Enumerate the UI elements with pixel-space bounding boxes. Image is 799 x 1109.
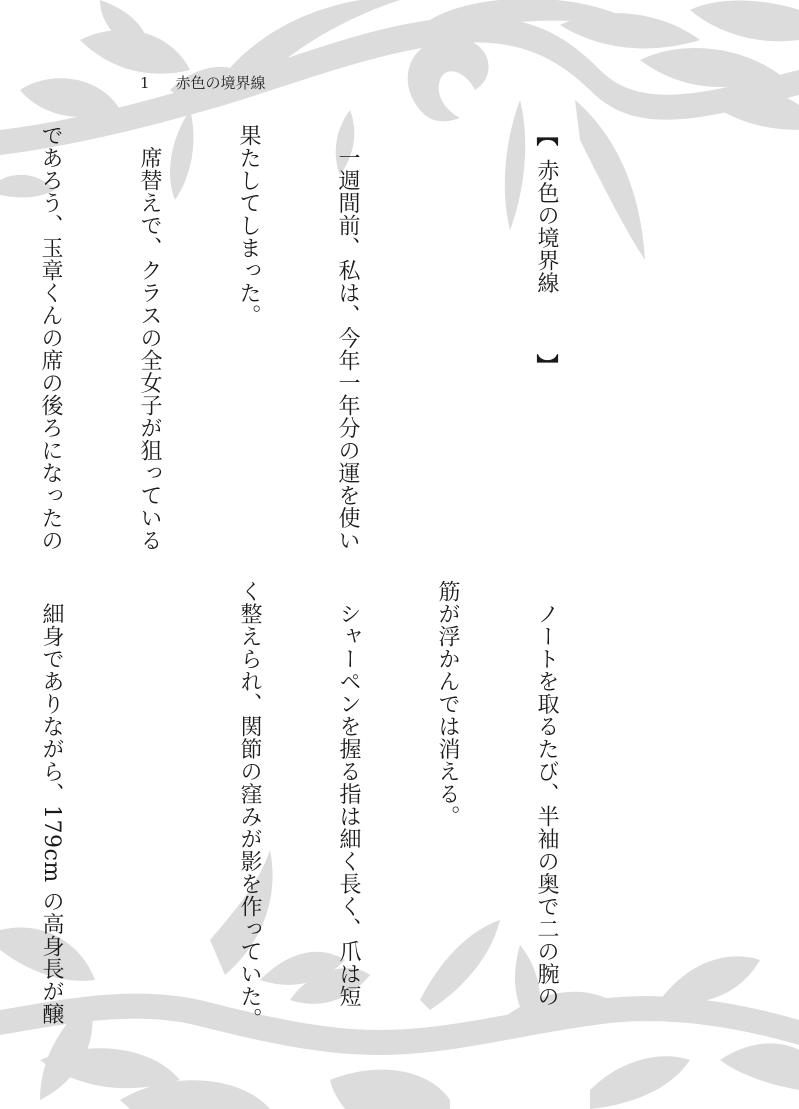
text-line: 席替えで、クラスの全女子が狙っている: [133, 124, 166, 564]
close-bracket: 】: [529, 354, 562, 377]
text-line: 一週間前、私は、今年一年分の運を使い: [331, 124, 364, 564]
text-line: ノートを取るたび、半袖の奥で二の腕の: [530, 580, 563, 1020]
running-header: 1 赤色の境界線: [140, 72, 266, 93]
text-block-bottom: ノートを取るたび、半袖の奥で二の腕の 筋が浮かんでは消える。 シャーペンを握る指…: [0, 580, 629, 1020]
text-line: 果たしてしまった。: [232, 124, 265, 564]
text-line: く整えられ、関節の窪みが影を作っていた。: [233, 580, 266, 1020]
text-line: シャーペンを握る指は細く長く、爪は短: [332, 580, 365, 1020]
text-line: 筋が浮かんでは消える。: [431, 580, 464, 1020]
text-line: であろう、玉章くんの席の後ろになったの: [34, 124, 67, 564]
text-block-top: 【赤色の境界線】 一週間前、私は、今年一年分の運を使い 果たしてしまった。 席替…: [0, 124, 629, 564]
text-line: 細身でありながら、179cm の高身長が醸: [35, 580, 68, 1020]
open-bracket: 【: [529, 124, 562, 147]
chapter-title: 赤色の境界線: [530, 147, 563, 354]
chapter-heading: 【赤色の境界線】: [529, 124, 563, 564]
text-line blank-line: [134, 580, 167, 1020]
running-chapter-title: 赤色の境界線: [176, 72, 266, 93]
page-number: 1: [140, 74, 150, 92]
text-line: [430, 124, 463, 564]
